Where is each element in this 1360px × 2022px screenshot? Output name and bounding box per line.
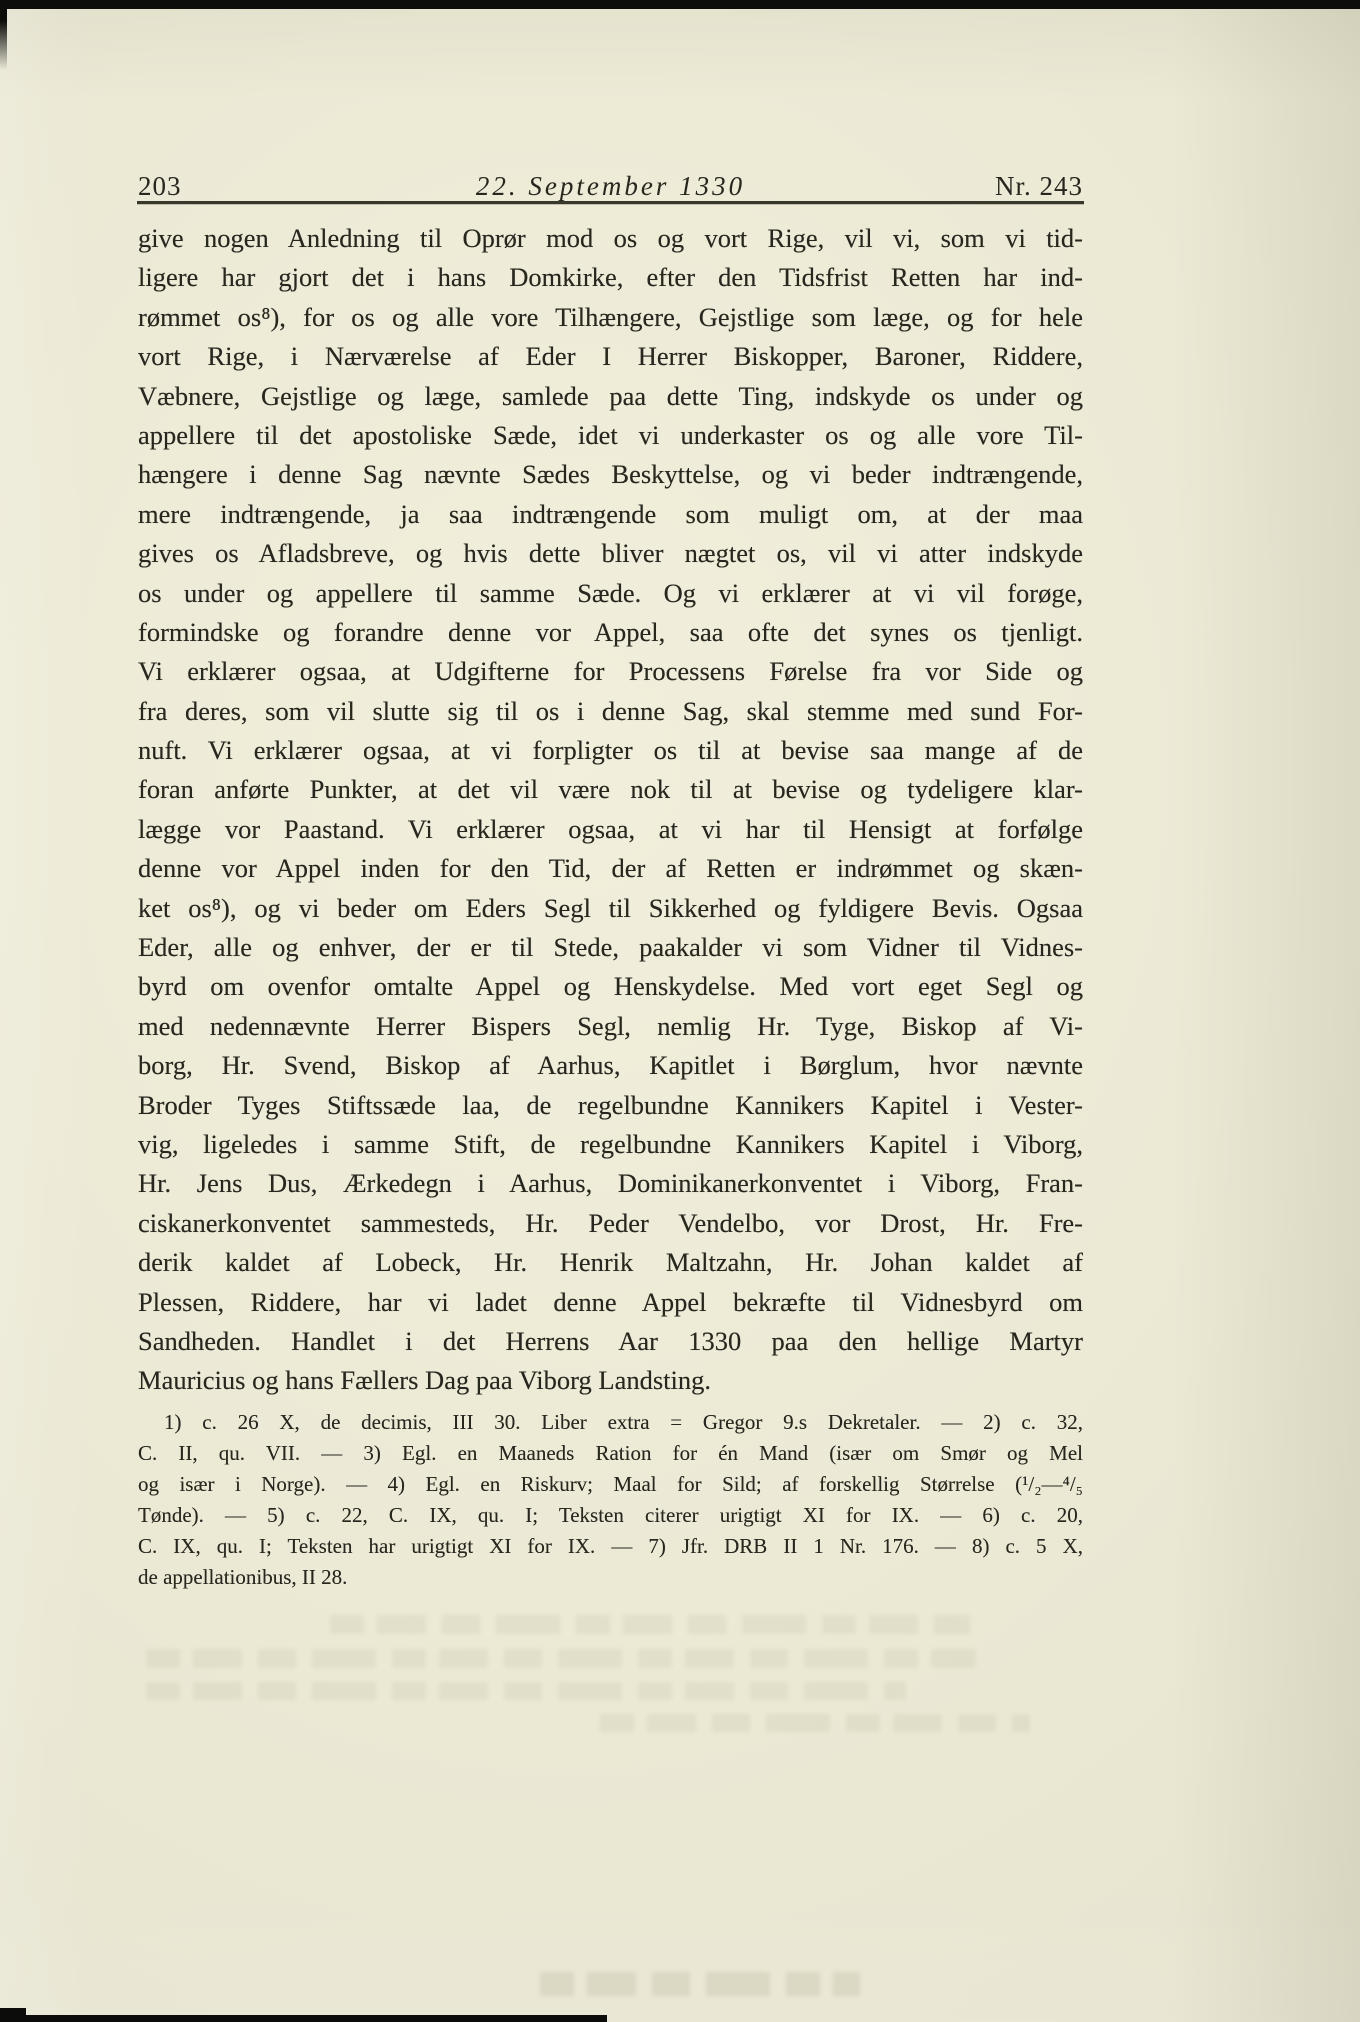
bleed-through-smudge (146, 1649, 976, 1668)
body-line: Sandheden. Handlet i det Herrens Aar 133… (138, 1322, 1083, 1361)
body-line: vig, ligeledes i samme Stift, de regelbu… (138, 1125, 1083, 1164)
body-line: denne vor Appel inden for den Tid, der a… (138, 849, 1083, 888)
document-body-text: give nogen Anledning til Oprør mod os og… (138, 219, 1083, 1401)
body-line: ket os⁸), og vi beder om Eders Segl til … (138, 889, 1083, 928)
body-line: lægge vor Paastand. Vi erklærer ogsaa, a… (138, 810, 1083, 849)
body-line: byrd om ovenfor omtalte Appel og Henskyd… (138, 967, 1083, 1006)
body-line: vort Rige, i Nærværelse af Eder I Herrer… (138, 337, 1083, 376)
body-line: foran anførte Punkter, at det vil være n… (138, 770, 1083, 809)
body-line: Hr. Jens Dus, Ærkedegn i Aarhus, Dominik… (138, 1164, 1083, 1203)
footnote-line: 1) c. 26 X, de decimis, III 30. Liber ex… (138, 1407, 1083, 1438)
body-line: ciskanerkonventet sammesteds, Hr. Peder … (138, 1204, 1083, 1243)
bleed-through-smudge (600, 1714, 1030, 1732)
running-head-date: 22. September 1330 (138, 169, 1083, 203)
body-line: formindske og forandre denne vor Appel, … (138, 613, 1083, 652)
body-line: gives os Afladsbreve, og hvis dette bliv… (138, 534, 1083, 573)
body-line: Væbnere, Gejstlige og læge, samlede paa … (138, 377, 1083, 416)
body-line: fra deres, som vil slutte sig til os i d… (138, 692, 1083, 731)
body-line: Broder Tyges Stiftssæde laa, de regelbun… (138, 1086, 1083, 1125)
body-line: Vi erklærer ogsaa, at Udgifterne for Pro… (138, 652, 1083, 691)
body-line: give nogen Anledning til Oprør mod os og… (138, 219, 1083, 258)
footnote-line: Tønde). — 5) c. 22, C. IX, qu. I; Tekste… (138, 1500, 1083, 1531)
body-line: hængere i denne Sag nævnte Sædes Beskytt… (138, 455, 1083, 494)
body-line: Mauricius og hans Fællers Dag paa Viborg… (138, 1361, 1083, 1400)
bleed-through-smudge (330, 1615, 970, 1634)
header-rule (137, 201, 1084, 204)
running-head: 203 22. September 1330 Nr. 243 (138, 169, 1083, 203)
footnote-line: C. II, qu. VII. — 3) Egl. en Maaneds Rat… (138, 1438, 1083, 1469)
body-line: mere indtrængende, ja saa indtrængende s… (138, 495, 1083, 534)
body-line: Plessen, Riddere, har vi ladet denne App… (138, 1283, 1083, 1322)
scan-edge-top (0, 0, 1360, 9)
scan-edge-bottom (0, 2015, 607, 2022)
body-line: os under og appellere til samme Sæde. Og… (138, 574, 1083, 613)
body-line: derik kaldet af Lobeck, Hr. Henrik Maltz… (138, 1243, 1083, 1282)
body-line: borg, Hr. Svend, Biskop af Aarhus, Kapit… (138, 1046, 1083, 1085)
body-line: appellere til det apostoliske Sæde, idet… (138, 416, 1083, 455)
bleed-through-smudge (540, 1972, 860, 1996)
footnote-line: og især i Norge). — 4) Egl. en Riskurv; … (138, 1469, 1083, 1500)
body-line: rømmet os⁸), for os og alle vore Tilhæng… (138, 298, 1083, 337)
scanned-book-page: 203 22. September 1330 Nr. 243 give noge… (0, 0, 1360, 2022)
footnotes-block: 1) c. 26 X, de decimis, III 30. Liber ex… (138, 1407, 1083, 1593)
scan-edge-top-left (0, 0, 7, 70)
body-line: Eder, alle og enhver, der er til Stede, … (138, 928, 1083, 967)
body-line: ligere har gjort det i hans Domkirke, ef… (138, 258, 1083, 297)
scan-edge-bottom-corner (0, 2008, 26, 2022)
footnote-line: C. IX, qu. I; Teksten har urigtigt XI fo… (138, 1531, 1083, 1562)
body-line: med nedennævnte Herrer Bispers Segl, nem… (138, 1007, 1083, 1046)
document-number: Nr. 243 (995, 169, 1083, 203)
footnote-line: de appellationibus, II 28. (138, 1562, 1083, 1593)
bleed-through-smudge (146, 1682, 906, 1700)
body-line: nuft. Vi erklærer ogsaa, at vi forpligte… (138, 731, 1083, 770)
